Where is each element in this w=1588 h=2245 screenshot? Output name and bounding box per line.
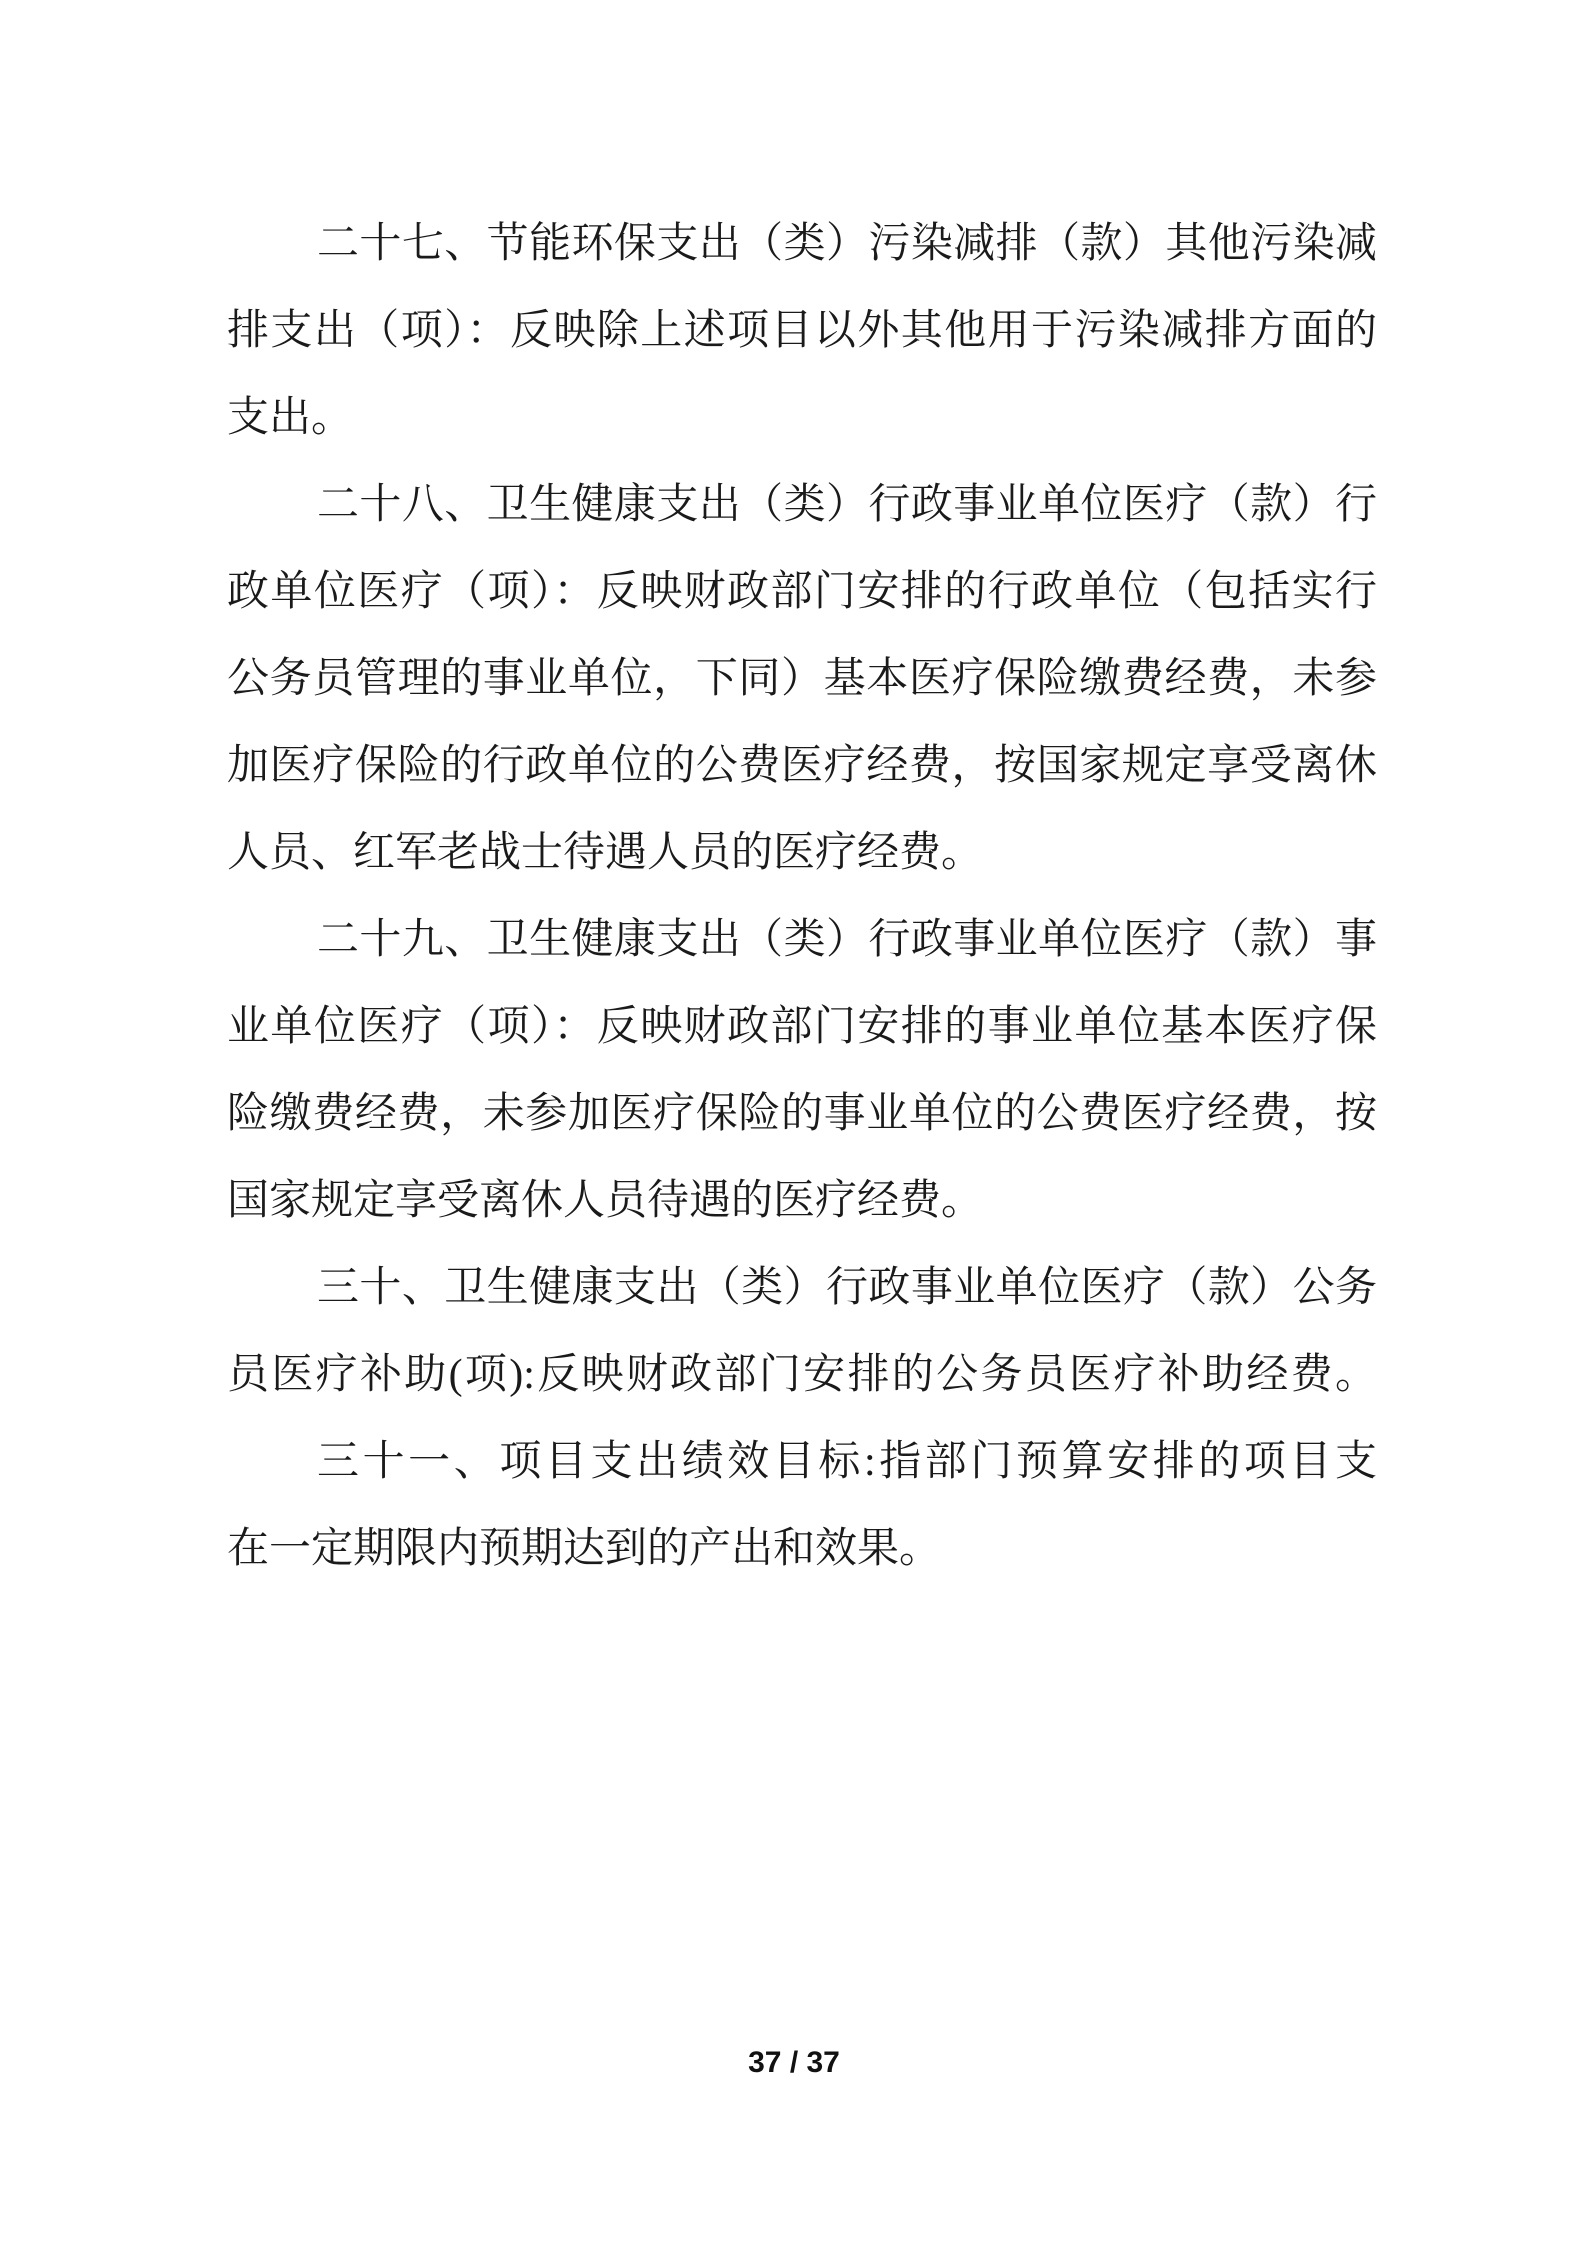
text-line: 国家规定享受离休人员待遇的医疗经费。: [227, 1158, 1377, 1245]
text-line: 三十、卫生健康支出（类）行政事业单位医疗（款）公务: [227, 1245, 1377, 1332]
text-line: 业单位医疗（项）：反映财政部门安排的事业单位基本医疗保: [227, 984, 1377, 1071]
text-line: 公务员管理的事业单位，下同）基本医疗保险缴费经费，未参: [227, 636, 1377, 723]
text-line: 政单位医疗（项）：反映财政部门安排的行政单位（包括实行: [227, 549, 1377, 636]
text-line: 二十八、卫生健康支出（类）行政事业单位医疗（款）行: [227, 462, 1377, 549]
text-line: 二十七、节能环保支出（类）污染减排（款）其他污染减: [227, 201, 1377, 288]
text-line: 险缴费经费，未参加医疗保险的事业单位的公费医疗经费，按: [227, 1071, 1377, 1158]
text-line: 加医疗保险的行政单位的公费医疗经费，按国家规定享受离休: [227, 723, 1377, 810]
text-line: 支出。: [227, 375, 1377, 462]
text-line: 三十一、项目支出绩效目标:指部门预算安排的项目支出，: [227, 1419, 1377, 1506]
page-background: 二十七、节能环保支出（类）污染减排（款）其他污染减排支出（项）：反映除上述项目以…: [0, 0, 1588, 2245]
text-line: 在一定期限内预期达到的产出和效果。: [227, 1506, 1377, 1593]
text-line: 员医疗补助(项):反映财政部门安排的公务员医疗补助经费。: [227, 1332, 1377, 1419]
text-line: 二十九、卫生健康支出（类）行政事业单位医疗（款）事: [227, 897, 1377, 984]
page-number: 37 / 37: [0, 2046, 1588, 2080]
text-line: 排支出（项）：反映除上述项目以外其他用于污染减排方面的: [227, 288, 1377, 375]
document-page: { "document": { "language": "zh-CN", "co…: [0, 0, 1588, 2245]
document-body: 二十七、节能环保支出（类）污染减排（款）其他污染减排支出（项）：反映除上述项目以…: [227, 201, 1377, 1593]
text-line: 人员、红军老战士待遇人员的医疗经费。: [227, 810, 1377, 897]
